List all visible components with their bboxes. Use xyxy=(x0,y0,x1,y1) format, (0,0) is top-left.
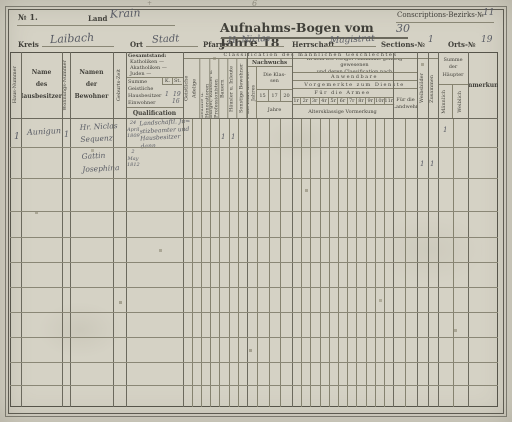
grid-vline xyxy=(428,52,429,407)
sections-value: 1 xyxy=(428,35,434,45)
ort-label: Ort xyxy=(130,40,143,49)
col-label: Zusammen xyxy=(430,75,435,103)
conscription-label: Conscriptions-Bezirks-№ xyxy=(397,11,484,19)
pencil-mark-plus: + xyxy=(147,1,152,8)
grid-hline xyxy=(10,262,498,263)
kreis-label: Kreis xyxy=(18,40,39,49)
col-header-hausnummer: Haus-Nummer xyxy=(10,52,21,118)
herrschaft-label: Herrschaft xyxy=(292,40,335,49)
grid-vline xyxy=(70,52,71,407)
nachwuchs-box: Nachwuchs Bis Ende des 13. Jahres Die Kl… xyxy=(247,59,292,118)
entry-mark-zusammen: 1 xyxy=(430,160,434,168)
armee-class-row: 1r2r3r4r5r6r7r8r9r10r11r xyxy=(292,98,393,105)
kreis-underline xyxy=(42,46,114,47)
landwehr-box: Für die Landwehr xyxy=(393,89,417,118)
grid-vline xyxy=(113,52,114,407)
grid-vline xyxy=(21,52,22,407)
col-header-maennlich: Männlich xyxy=(438,85,453,118)
pfarre-label: Pfarre xyxy=(203,40,228,49)
grid-hline xyxy=(10,211,498,212)
grid-vline xyxy=(468,52,469,407)
nachwuchs-klassen: Die Klas- sen xyxy=(257,67,292,89)
herrschaft-underline xyxy=(326,46,376,47)
stand-row: Juden — xyxy=(128,71,181,77)
grid-hline xyxy=(10,237,498,238)
grid-hline xyxy=(10,337,498,338)
revision-note: In dem bei voriger Aufnahme gehörig gewe… xyxy=(292,59,417,73)
stand-box: Gesamtstand: Katholiken — Akatholiken — … xyxy=(126,52,183,118)
entry-mark-maennlich: 1 xyxy=(443,126,447,134)
grid-vline xyxy=(438,52,439,407)
vorgemerkte-group: In dem bei voriger Aufnahme gehörig gewe… xyxy=(292,59,417,118)
census-sheet: + 6 № 1. Land Krain Aufnahms-Bogen vom J… xyxy=(0,0,512,422)
entry-geburt-2: 2 May 1812 xyxy=(127,149,139,169)
grid-hline xyxy=(10,118,498,119)
col-label: Weiblich xyxy=(458,91,463,113)
k-label: K. xyxy=(163,78,172,84)
col-header-bewohner: Namen der Bewohner xyxy=(70,52,113,118)
category-column-label: Sonstige Bewohner xyxy=(238,59,247,118)
sections-label: Sections-№ xyxy=(381,40,425,49)
grid-vline xyxy=(62,52,63,407)
col-label: Haus-Nummer xyxy=(13,66,18,103)
ort-underline xyxy=(146,46,198,47)
armee-band: Für die Armee xyxy=(292,89,393,98)
armee-class-label: 10r xyxy=(374,98,383,104)
summe-label: Summe xyxy=(128,79,147,85)
ort-value: Stadt xyxy=(152,33,180,46)
stand-row2: Hausbesitzer xyxy=(128,93,161,99)
summe-box: Summe der Häupter Männlich Weiblich xyxy=(438,52,468,118)
col-label: Männlich xyxy=(442,90,447,114)
nachwuchs-side-label: Bis Ende des 13. Jahres xyxy=(247,67,257,118)
land-label: Land xyxy=(88,14,107,23)
summe-title: Summe der Häupter xyxy=(438,52,468,85)
entry-mark-buerger: 1 xyxy=(231,133,235,141)
category-column-label: Häusler u. Inleute xyxy=(228,59,237,118)
pfarre-value: H. Niclas xyxy=(228,34,271,47)
entry-haus-nr: 1 xyxy=(14,132,20,142)
col-header-wohnungsnummer: Wohnungs-Nummer xyxy=(62,52,70,118)
col-header-hausbesitzer: Name des Hausbesitzers xyxy=(21,52,62,118)
grid-hline xyxy=(10,147,498,148)
col-header-weibsbilder: Weibsbilder xyxy=(417,59,428,118)
armee-class-label: 2r xyxy=(300,98,309,104)
armee-class-label: 9r xyxy=(365,98,374,104)
year-label: 15 xyxy=(257,90,268,101)
year-label: 17 xyxy=(268,90,280,101)
col-label: Weibsbilder xyxy=(420,73,425,103)
category-column-label: Bauern xyxy=(219,59,228,118)
pencil-mark-six: 6 xyxy=(252,0,257,8)
armee-class-label: 1r xyxy=(292,98,300,104)
col-label: Geburts-Zeit xyxy=(117,69,122,101)
category-columns: GeistlicheAdeligeBeamte u. HonoratiorenB… xyxy=(183,59,247,118)
kreis-value: Laibach xyxy=(50,32,95,47)
armee-class-label: 11r xyxy=(384,98,393,104)
grid-hline xyxy=(10,287,498,288)
armee-class-label: 4r xyxy=(319,98,328,104)
year-label: 20 xyxy=(280,90,292,101)
orts-value: 19 xyxy=(481,35,492,45)
grid-vline xyxy=(417,52,418,407)
armee-class-label: 3r xyxy=(310,98,319,104)
orts-label: Orts-№ xyxy=(448,40,475,49)
hw-hausbesitzer-k: 1 xyxy=(165,92,169,99)
nachwuchs-side: Bis Ende des 13. Jahres xyxy=(247,67,257,118)
col-header-weiblich: Weiblich xyxy=(453,85,468,118)
jahre-label: Jahre xyxy=(257,102,292,118)
grid-vline xyxy=(247,52,248,407)
col-label: Wohnungs-Nummer xyxy=(63,60,68,111)
stand-row2: Geistliche xyxy=(128,86,153,92)
st-label: St. xyxy=(172,78,182,84)
nachwuchs-title: Nachwuchs xyxy=(247,59,292,67)
col-header-zusammen: Zusammen xyxy=(428,59,438,118)
grid-hline xyxy=(10,385,498,386)
category-column-label: Adelige xyxy=(191,59,200,118)
armee-class-label: 6r xyxy=(337,98,346,104)
classification-title: Classification des männlichen Geschlecht… xyxy=(183,52,438,59)
category-column-label: Bürger, Künstler u. Professionisten xyxy=(210,59,219,118)
conscription-value: 11 xyxy=(483,8,494,18)
col-header-anmerkung: Anmerkung xyxy=(468,52,498,118)
vorgemerkte-band: Vorgemerkte zum Dienste xyxy=(292,81,417,89)
col-header-geburtszeit: Geburts-Zeit xyxy=(113,52,126,118)
entry-geburt-1: 24 April 1809 xyxy=(127,120,139,140)
armee-class-label: 7r xyxy=(347,98,356,104)
entry-bewohner-2: Gattin Josephina xyxy=(81,149,119,176)
anwendbare-band: Anwendbare xyxy=(292,73,417,81)
paper-specks xyxy=(0,0,1,1)
k-st-header: K. St. xyxy=(162,78,182,85)
armee-class-label: 5r xyxy=(328,98,337,104)
grid-hline xyxy=(10,312,498,313)
header-rule-left xyxy=(17,25,175,26)
grid-vline xyxy=(126,52,127,407)
qualification-label: Qualification xyxy=(126,108,183,118)
grid-vline xyxy=(183,52,184,407)
nachwuchs-years: 151720 xyxy=(257,89,292,102)
grid-vline xyxy=(393,52,394,407)
grid-vline xyxy=(292,52,293,407)
conscription-underline xyxy=(396,22,494,23)
form-title-year: 30 xyxy=(396,23,410,36)
entry-mark-weibsbilder: 1 xyxy=(420,160,424,168)
grid-hline xyxy=(10,178,498,179)
sheet-number: № 1. xyxy=(18,12,38,22)
pfarre-underline xyxy=(222,46,284,47)
entry-mark-beamte: 1 xyxy=(221,133,225,141)
entry-wohnung-nr: 1 xyxy=(64,130,69,139)
category-column-label: Beamte u. Honoratioren xyxy=(201,59,210,118)
grid-hline xyxy=(10,362,498,363)
armee-class-label: 8r xyxy=(356,98,365,104)
stand-row2: Einwohner xyxy=(128,100,156,106)
entry-hausbesitzer: Aunigun xyxy=(27,126,62,137)
armee-note: Altersklassige Vormerkung xyxy=(292,105,393,118)
hw-einwohner-st: 16 xyxy=(172,99,180,106)
land-value: Krain xyxy=(110,7,141,21)
